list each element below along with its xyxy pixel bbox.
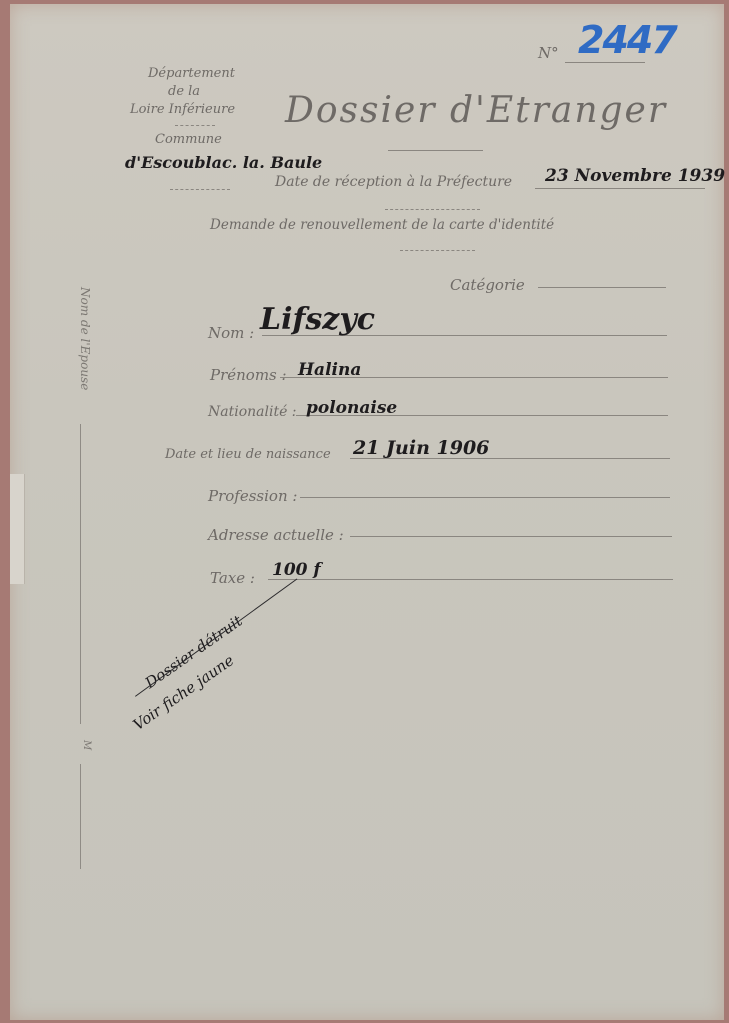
document-title: Dossier d'Etranger [285,90,667,131]
commune-divider [170,189,230,190]
reception-rule [535,188,705,189]
file-number-label: N° [538,44,559,62]
request-type: Demande de renouvellement de la carte d'… [210,217,554,233]
margin-rule-lower [80,764,81,869]
category-rule [538,287,666,288]
department-divider [175,125,215,126]
commune-value: d'Escoublac. la. Baule [125,153,322,172]
field-label-adresse: Adresse actuelle : [208,526,344,544]
field-label-naissance: Date et lieu de naissance [165,447,331,462]
reception-date: 23 Novembre 1939 [545,166,725,186]
department-line3: Loire Inférieure [130,102,235,117]
margin-mark: M [81,740,92,750]
field-label-nationalite: Nationalité : [208,404,297,420]
torn-edge [10,474,25,584]
category-label: Catégorie [450,276,525,294]
field-label-nom: Nom : [208,324,254,342]
commune-label: Commune [155,132,222,147]
field-rule-adresse [350,536,672,537]
field-value-naissance: 21 Juin 1906 [353,437,489,459]
request-divider [400,250,475,251]
field-rule-taxe [268,579,673,580]
field-value-nationalite: polonaise [306,398,397,418]
title-divider [388,150,483,151]
margin-rule-upper [80,424,81,724]
field-rule-profession [300,497,670,498]
field-label-profession: Profession : [208,487,297,505]
field-value-taxe: 100 f [272,560,321,580]
reception-label: Date de réception à la Préfecture [275,174,512,190]
department-line1: Département [148,66,235,81]
field-value-nom: Lifszyc [260,302,375,337]
document-page: N° 2447 Département de la Loire Inférieu… [10,4,724,1020]
field-value-prenoms: Halina [298,360,361,380]
field-label-prenoms: Prénoms : [210,366,287,384]
margin-label-epouse: Nom de l'Epouse [78,287,92,390]
field-label-taxe: Taxe : [210,569,255,587]
reception-divider [385,209,480,210]
file-number-rule [565,62,645,63]
department-line2: de la [168,84,200,99]
file-number-value: 2447 [578,18,676,62]
